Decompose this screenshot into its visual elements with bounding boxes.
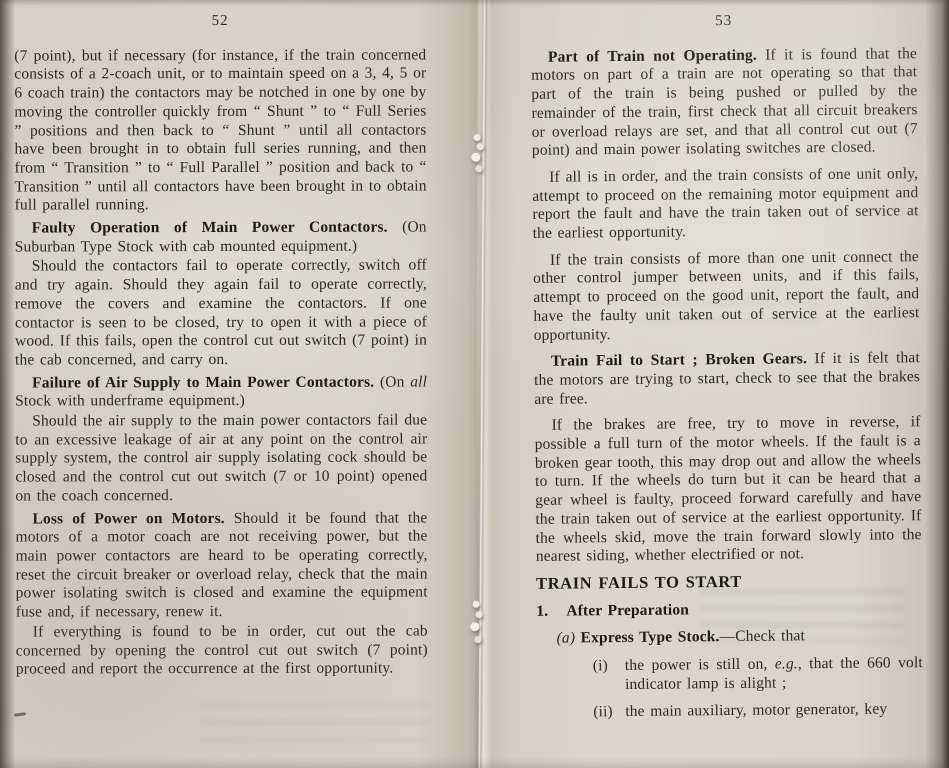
paragraph: (7 point), but if necessary (for instanc…	[14, 46, 426, 215]
paragraph: If the brakes are free, try to move in r…	[534, 414, 921, 567]
heading-run: Faulty Operation of Main Power Contactor…	[32, 219, 388, 237]
roman-item: (ii) the main auxiliary, motor generator…	[593, 700, 923, 722]
paragraph: Should the air supply to the main power …	[15, 412, 427, 507]
page-53: 53 Part of Train not Operating. If it is…	[531, 8, 924, 730]
heading-paragraph: Part of Train not Operating. If it is fo…	[531, 45, 918, 161]
page-number-left: 52	[14, 11, 426, 31]
item-title: After Preparation	[566, 601, 689, 619]
item-label: (a)	[556, 630, 575, 647]
text-run: (7 point), but if necessary (for instanc…	[14, 46, 426, 214]
paragraph: Should the contactors fail to operate co…	[15, 257, 427, 370]
item-text: the power is still on, e.g., that the 66…	[625, 654, 923, 694]
numbered-item: 1.After Preparation	[536, 599, 922, 621]
text-run: —Check that	[719, 628, 805, 646]
item-text: the main auxiliary, motor generator, key	[625, 700, 923, 722]
book-scan: 52 (7 point), but if necessary (for inst…	[0, 0, 949, 768]
paragraph: If everything is found to be in order, c…	[16, 622, 428, 679]
heading-paragraph: Faulty Operation of Main Power Contactor…	[15, 218, 427, 256]
alpha-item: (a) Express Type Stock.—Check that	[556, 627, 922, 649]
item-label: (ii)	[593, 702, 625, 721]
page-number-right: 53	[531, 10, 917, 32]
text-run: the main auxiliary, motor generator, key	[625, 700, 887, 720]
text-run: (On	[374, 373, 410, 390]
text-run: If the train consists of more than one u…	[533, 248, 920, 344]
stray-ink-mark	[14, 712, 26, 717]
paragraph: If the train consists of more than one u…	[533, 248, 920, 345]
text-run: If everything is found to be in order, c…	[16, 622, 428, 677]
text-run: the power is still on,	[625, 656, 775, 674]
section-heading: TRAIN FAILS TO START	[536, 571, 922, 593]
italic-run: e.g.	[775, 655, 798, 672]
heading-paragraph: Train Fail to Start ; Broken Gears. If i…	[534, 349, 921, 409]
page-52: 52 (7 point), but if necessary (for inst…	[14, 9, 428, 680]
heading-paragraph: Loss of Power on Motors. Should it be fo…	[15, 509, 427, 622]
paragraph: If all is in order, and the train consis…	[532, 165, 919, 244]
book-gutter-crease	[474, 0, 488, 768]
text-run: Should the air supply to the main power …	[15, 412, 427, 505]
heading-paragraph: Failure of Air Supply to Main Power Cont…	[15, 373, 427, 411]
binding-thread-top	[469, 132, 487, 178]
text-run: If the brakes are free, try to move in r…	[535, 414, 922, 566]
binding-thread-bottom	[468, 598, 486, 650]
text-run: If all is in order, and the train consis…	[532, 165, 918, 242]
item-label: (i)	[593, 657, 625, 695]
ink-bleedthrough	[200, 702, 430, 748]
item-title: Express Type Stock.	[575, 628, 720, 646]
heading-run: Loss of Power on Motors.	[32, 510, 224, 528]
italic-run: all	[410, 373, 427, 390]
item-number: 1.	[536, 602, 566, 621]
heading-run: Failure of Air Supply to Main Power Cont…	[32, 373, 374, 391]
heading-run: Train Fail to Start ; Broken Gears.	[551, 350, 807, 369]
heading-run: Part of Train not Operating.	[548, 46, 757, 65]
roman-item: (i) the power is still on, e.g., that th…	[593, 654, 923, 695]
text-run: Stock with underframe equipment.)	[15, 392, 245, 410]
text-run: Should the contactors fail to operate co…	[15, 257, 427, 369]
